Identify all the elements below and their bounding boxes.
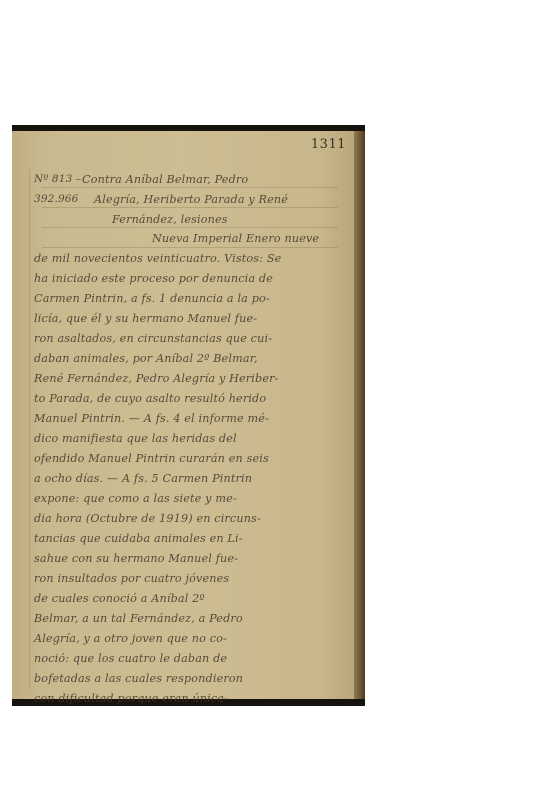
- margin-line: [29, 169, 30, 689]
- ruled-line: [42, 227, 338, 228]
- body-line: a ocho días. — A fs. 5 Carmen Pintrin: [34, 472, 252, 485]
- body-line: Nueva Imperial Enero nueve: [152, 232, 319, 245]
- body-line: ofendido Manuel Pintrin curarán en seis: [34, 452, 269, 465]
- body-line: con dificultad porque eran única-: [34, 692, 228, 705]
- ruled-line: [42, 207, 338, 208]
- body-line: noció: que los cuatro le daban de: [34, 652, 227, 665]
- body-line: Belmar, a un tal Fernández, a Pedro: [34, 612, 243, 625]
- body-line: de mil novecientos veinticuatro. Vistos:…: [34, 252, 281, 265]
- body-line: René Fernández, Pedro Alegría y Heriber-: [34, 372, 279, 385]
- body-line: dico manifiesta que las heridas del: [34, 432, 237, 445]
- body-line: expone: que como a las siete y me-: [34, 492, 237, 505]
- body-line: ha iniciado este proceso por denuncia de: [34, 272, 273, 285]
- page-number: 1311: [311, 137, 346, 152]
- body-line: dia hora (Octubre de 1919) en circuns-: [34, 512, 261, 525]
- body-line: ron insultados por cuatro jóvenes: [34, 572, 229, 585]
- case-number: Nº 813 –: [34, 173, 81, 185]
- title-line: Fernández, lesiones: [112, 213, 228, 226]
- ruled-line: [42, 187, 338, 188]
- body-line: licía, que él y su hermano Manuel fue-: [34, 312, 257, 325]
- ledger-page: 1311 Nº 813 – Contra Aníbal Belmar, Pedr…: [12, 131, 354, 699]
- body-line: sahue con su hermano Manuel fue-: [34, 552, 238, 565]
- body-line: tancias que cuidaba animales en Li-: [34, 532, 243, 545]
- body-line: Manuel Pintrin. — A fs. 4 el informe mé-: [34, 412, 269, 425]
- body-line: ron asaltados, en circunstancias que cui…: [34, 332, 272, 345]
- title-line: Contra Aníbal Belmar, Pedro: [82, 173, 248, 186]
- title-line: Alegría, Heriberto Parada y René: [94, 193, 288, 206]
- page-edge: [354, 131, 365, 699]
- body-line: daban animales, por Aníbal 2º Belmar,: [34, 352, 258, 365]
- body-line: Alegría, y a otro joven que no co-: [34, 632, 227, 645]
- file-number: 392.966: [34, 193, 78, 205]
- ruled-line: [42, 247, 338, 248]
- document-scan: 1311 Nº 813 – Contra Aníbal Belmar, Pedr…: [12, 125, 365, 706]
- body-line: bofetadas a las cuales respondieron: [34, 672, 243, 685]
- body-line: Carmen Pintrin, a fs. 1 denuncia a la po…: [34, 292, 270, 305]
- body-line: de cuales conoció a Aníbal 2º: [34, 592, 205, 605]
- body-line: to Parada, de cuyo asalto resultó herido: [34, 392, 266, 405]
